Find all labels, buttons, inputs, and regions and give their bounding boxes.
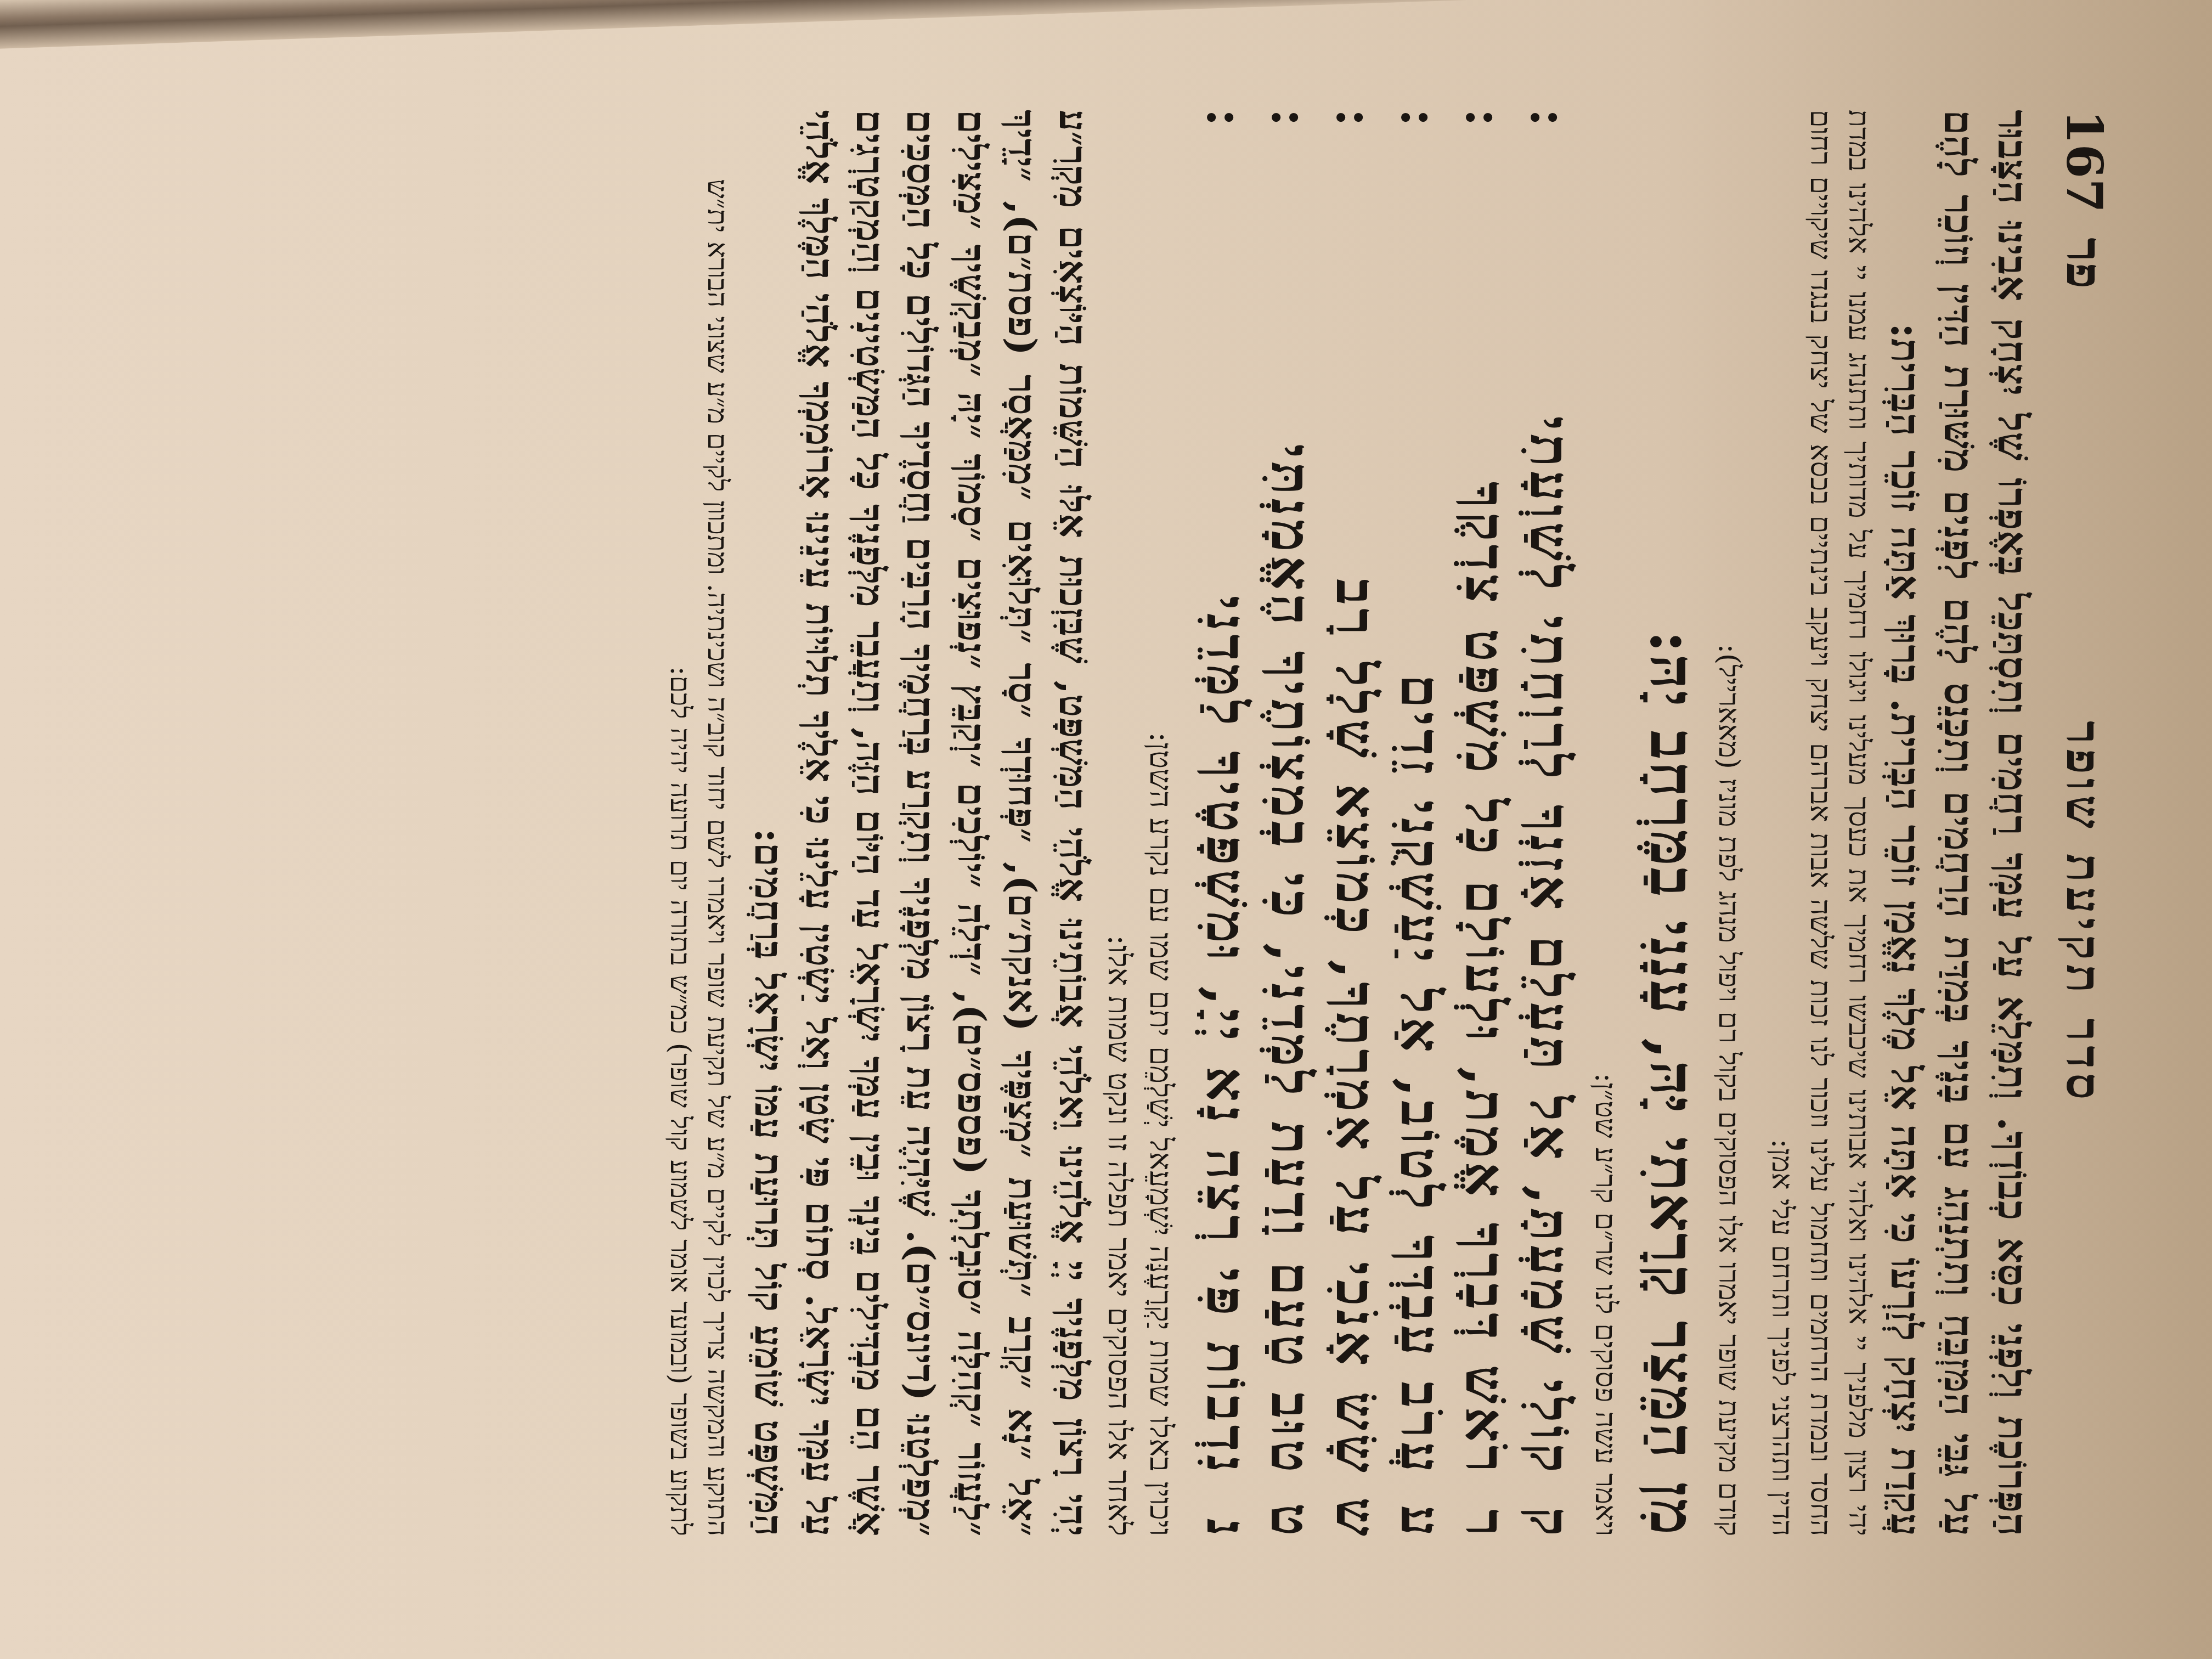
sof-pasuk-mark: ׃ <box>1389 110 1453 159</box>
verse-text: רֹאשׁ דְּבָרְךָ אֱמֶת, וּלְעוֹלָם כָּל מ… <box>1453 159 1518 1476</box>
instruction-kra-satan: ויאמר עשה פסוקים לנו שר״ם קר״ע שט״ן: <box>1586 110 1624 1536</box>
psalm-verse-min-hametzar: מִן הַמֵּצַר קָרָאתִי יָּהּ, עָנָנִי בַמ… <box>1639 110 1706 1536</box>
book-page: סדר תקיעת שופר 167 פר הַפְּרוֹכֶת וְלִפְ… <box>171 22 2212 1613</box>
acrostic-letter: ט <box>1259 1476 1324 1536</box>
sof-pasuk-mark: ׃ <box>1324 110 1389 159</box>
page-title: סדר תקיעת שופר <box>2056 289 2111 1536</box>
sof-pasuk-mark: ׃ <box>1518 110 1583 159</box>
verse-text: נִדְבוֹת פִּי רְצֵה נָא יְיָ, וּמִשְׁפָּ… <box>1194 159 1259 1476</box>
verse-line: ש שָׂשׂ אָנֹכִי עַל אִמְרָתֶךָ, כְּמוֹצֵ… <box>1324 110 1389 1536</box>
verse-text: קוֹלִי שָׁמָעְתָּ, אַל תַּעְלֵם אָזְנְךָ… <box>1518 159 1583 1476</box>
page-number: 167 פר <box>2055 110 2113 289</box>
divine-names-section: ויכוין באלו שמות יַקְרָעֶנָּה יִשְׁמָעֵא… <box>662 110 1181 1536</box>
instruction-before-shofar: קודם מקיעת שופר יאמרו אלו הפסוקים בקול ר… <box>1709 110 1748 1536</box>
acrostic-letter: ש <box>1324 1476 1389 1536</box>
verse-line: ק קוֹלִי שָׁמָעְתָּ, אַל תַּעְלֵם אָזְנְ… <box>1518 110 1583 1536</box>
page-number-letter: פר <box>2055 238 2113 289</box>
verse-line: ע עֲרֹב עַבְדְּךָ לְטוֹב, אַל יַעַשְׁקֻנ… <box>1389 110 1453 1536</box>
intro-paragraph: הַפְּרוֹכֶת וְלִפְנֵי כִסֵּא כְבוֹדְךָ. … <box>1878 110 2039 1536</box>
acrostic-letter: ע <box>1389 1476 1453 1536</box>
page-number-value: 167 <box>2055 110 2113 213</box>
verse-line: ט טוּב טַעַם וָדַעַת לַמְּדֵנִי, כִּי בְ… <box>1259 110 1324 1536</box>
sof-pasuk-mark: ׃ <box>1259 110 1324 159</box>
yehi-ratzon-small-print: יהי רצון מלפניך יי אלהינו ואלהי אבותינו … <box>1762 110 1878 1536</box>
verse-text: טוּב טַעַם וָדַעַת לַמְּדֵנִי, כִּי בְמִ… <box>1259 159 1324 1476</box>
verse-line: ר רֹאשׁ דְּבָרְךָ אֱמֶת, וּלְעוֹלָם כָּל… <box>1453 110 1518 1536</box>
yehi-ratzon-prayer: יְהִי רָצוֹן מִלְּפָנֶיךָ יְיָ אֱלֹהֵינו… <box>743 110 1098 1536</box>
acrostic-letter: ק <box>1518 1476 1583 1536</box>
acrostic-letter: ר <box>1453 1476 1518 1536</box>
names-intro-note: ויכוין באלו שמות יַקְרָעֶנָּה יִשְׁמָעֵא… <box>1139 110 1181 1536</box>
after-verses-instruction: לאחר אלו הפסוקים יאמר תפלה זו ונקט שמות … <box>1098 110 1140 1536</box>
page-content: סדר תקיעת שופר 167 פר הַפְּרוֹכֶת וְלִפְ… <box>171 22 2212 1613</box>
acrostic-letter: נ <box>1194 1476 1259 1536</box>
verse-line: נ נִדְבוֹת פִּי רְצֵה נָא יְיָ, וּמִשְׁפ… <box>1194 110 1259 1536</box>
footer-kavanah-note: התוקע והמקשה צריך לכוין לקיים מ״ע של תקי… <box>662 110 736 1536</box>
sof-pasuk-mark: ׃ <box>1194 110 1259 159</box>
acrostic-verses: ק קוֹלִי שָׁמָעְתָּ, אַל תַּעְלֵם אָזְנְ… <box>1194 110 1583 1536</box>
photo-background: סדר תקיעת שופר 167 פר הַפְּרוֹכֶת וְלִפְ… <box>0 0 2212 1659</box>
verse-text: שָׂשׂ אָנֹכִי עַל אִמְרָתֶךָ, כְּמוֹצֵא … <box>1324 159 1389 1476</box>
page-header: סדר תקיעת שופר 167 פר <box>2055 110 2113 1536</box>
verse-text: עֲרֹב עַבְדְּךָ לְטוֹב, אַל יַעַשְׁקֻנִי… <box>1389 159 1453 1476</box>
sof-pasuk-mark: ׃ <box>1453 110 1518 159</box>
